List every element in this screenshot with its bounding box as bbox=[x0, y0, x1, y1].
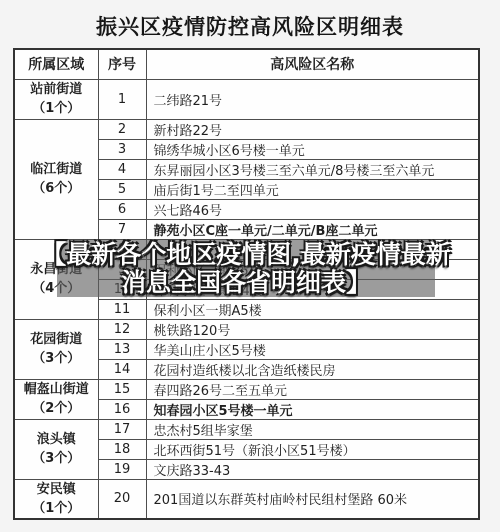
region-count: （1个） bbox=[15, 499, 98, 518]
region-count: （3个） bbox=[15, 349, 98, 368]
row-index: 20 bbox=[98, 479, 146, 519]
risk-area-name: 文庆路33-43 bbox=[146, 459, 479, 479]
region-name: 临江街道 bbox=[15, 160, 98, 179]
region-count: （6个） bbox=[15, 179, 98, 198]
risk-area-name: 东昇丽园小区3号楼三至六单元/8号楼三至六单元 bbox=[146, 159, 479, 179]
table-row: 临江街道 （6个） 2 新村路22号 bbox=[14, 119, 479, 139]
risk-area-name: 兴七路46号 bbox=[146, 199, 479, 219]
row-index: 13 bbox=[98, 339, 146, 359]
region-count: （3个） bbox=[15, 449, 98, 468]
row-index: 1 bbox=[98, 79, 146, 119]
risk-area-name: 华美山庄小区5号楼 bbox=[146, 339, 479, 359]
risk-area-name: 201国道以东群英村庙岭村民组村堡路 60米 bbox=[146, 479, 479, 519]
row-index: 18 bbox=[98, 439, 146, 459]
row-index: 16 bbox=[98, 399, 146, 419]
header-name: 高风险区名称 bbox=[146, 49, 479, 79]
region-cell: 浪头镇 （3个） bbox=[14, 419, 98, 479]
table-row: 安民镇 （1个） 20 201国道以东群英村庙岭村民组村堡路 60米 bbox=[14, 479, 479, 519]
region-cell: 站前街道 （1个） bbox=[14, 79, 98, 119]
region-name: 站前街道 bbox=[15, 80, 98, 99]
risk-area-name: 保利小区一期A5楼 bbox=[146, 299, 479, 319]
table-row: 浪头镇 （3个） 17 忠杰村5组毕家堡 bbox=[14, 419, 479, 439]
row-index: 5 bbox=[98, 179, 146, 199]
row-index: 7 bbox=[98, 219, 146, 239]
risk-area-name: 静苑小区C座一单元/二单元/B座二单元 bbox=[146, 219, 479, 239]
region-cell: 花园街道 （3个） bbox=[14, 319, 98, 379]
watermark-overlay: 【最新各个地区疫情图,最新疫情最新 消息全国各省明细表】 bbox=[57, 240, 435, 297]
risk-area-name: 忠杰村5组毕家堡 bbox=[146, 419, 479, 439]
row-index: 17 bbox=[98, 419, 146, 439]
region-name: 花园街道 bbox=[15, 330, 98, 349]
table-row: 站前街道 （1个） 1 二纬路21号 bbox=[14, 79, 479, 119]
risk-area-name: 北环西街51号（新浪小区51号楼） bbox=[146, 439, 479, 459]
table-row: 花园街道 （3个） 12 桃铁路120号 bbox=[14, 319, 479, 339]
header-region: 所属区域 bbox=[14, 49, 98, 79]
risk-area-name: 春四路26号二至五单元 bbox=[146, 379, 479, 399]
region-cell: 帽盔山街道 （2个） bbox=[14, 379, 98, 419]
risk-area-name: 桃铁路120号 bbox=[146, 319, 479, 339]
table-row: 帽盔山街道 （2个） 15 春四路26号二至五单元 bbox=[14, 379, 479, 399]
risk-area-name: 锦绣华城小区6号楼一单元 bbox=[146, 139, 479, 159]
row-index: 4 bbox=[98, 159, 146, 179]
row-index: 6 bbox=[98, 199, 146, 219]
row-index: 12 bbox=[98, 319, 146, 339]
row-index: 15 bbox=[98, 379, 146, 399]
page-title: 振兴区疫情防控高风险区明细表 bbox=[0, 0, 500, 41]
region-cell: 安民镇 （1个） bbox=[14, 479, 98, 519]
risk-area-name: 二纬路21号 bbox=[146, 79, 479, 119]
watermark-text-line1: 【最新各个地区疫情图,最新疫情最新 bbox=[41, 241, 451, 269]
row-index: 2 bbox=[98, 119, 146, 139]
risk-area-name: 知春园小区5号楼一单元 bbox=[146, 399, 479, 419]
watermark-text-line2: 消息全国各省明细表】 bbox=[121, 269, 371, 297]
table-header-row: 所属区域 序号 高风险区名称 bbox=[14, 49, 479, 79]
risk-area-name: 新村路22号 bbox=[146, 119, 479, 139]
row-index: 11 bbox=[98, 299, 146, 319]
region-count: （1个） bbox=[15, 99, 98, 118]
row-index: 19 bbox=[98, 459, 146, 479]
region-cell: 临江街道 （6个） bbox=[14, 119, 98, 239]
region-name: 帽盔山街道 bbox=[15, 380, 98, 399]
risk-area-name: 庙后街1号二至四单元 bbox=[146, 179, 479, 199]
row-index: 14 bbox=[98, 359, 146, 379]
risk-area-name: 花园村造纸楼以北含造纸楼民房 bbox=[146, 359, 479, 379]
row-index: 3 bbox=[98, 139, 146, 159]
region-name: 安民镇 bbox=[15, 480, 98, 499]
region-name: 浪头镇 bbox=[15, 430, 98, 449]
header-index: 序号 bbox=[98, 49, 146, 79]
region-count: （2个） bbox=[15, 399, 98, 418]
